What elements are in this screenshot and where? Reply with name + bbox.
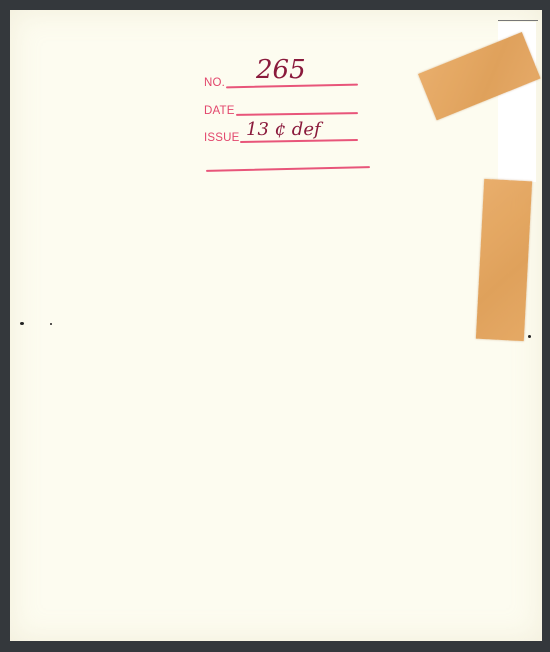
issue-value: 13 ¢ def <box>246 119 321 140</box>
no-value: 265 <box>256 55 306 85</box>
tape-strip-side <box>476 179 532 341</box>
speck <box>50 323 52 325</box>
speck <box>528 335 531 338</box>
no-label: NO. <box>204 77 225 89</box>
record-stamp: NO. 265 DATE ISSUE 13 ¢ def <box>194 57 374 182</box>
date-line <box>236 112 358 116</box>
edge-line <box>498 20 538 21</box>
issue-label: ISSUE <box>204 132 240 144</box>
blank-line <box>206 166 370 172</box>
paper-sheet: NO. 265 DATE ISSUE 13 ¢ def <box>10 10 542 641</box>
date-label: DATE <box>204 105 235 117</box>
pin-mark <box>20 322 24 325</box>
